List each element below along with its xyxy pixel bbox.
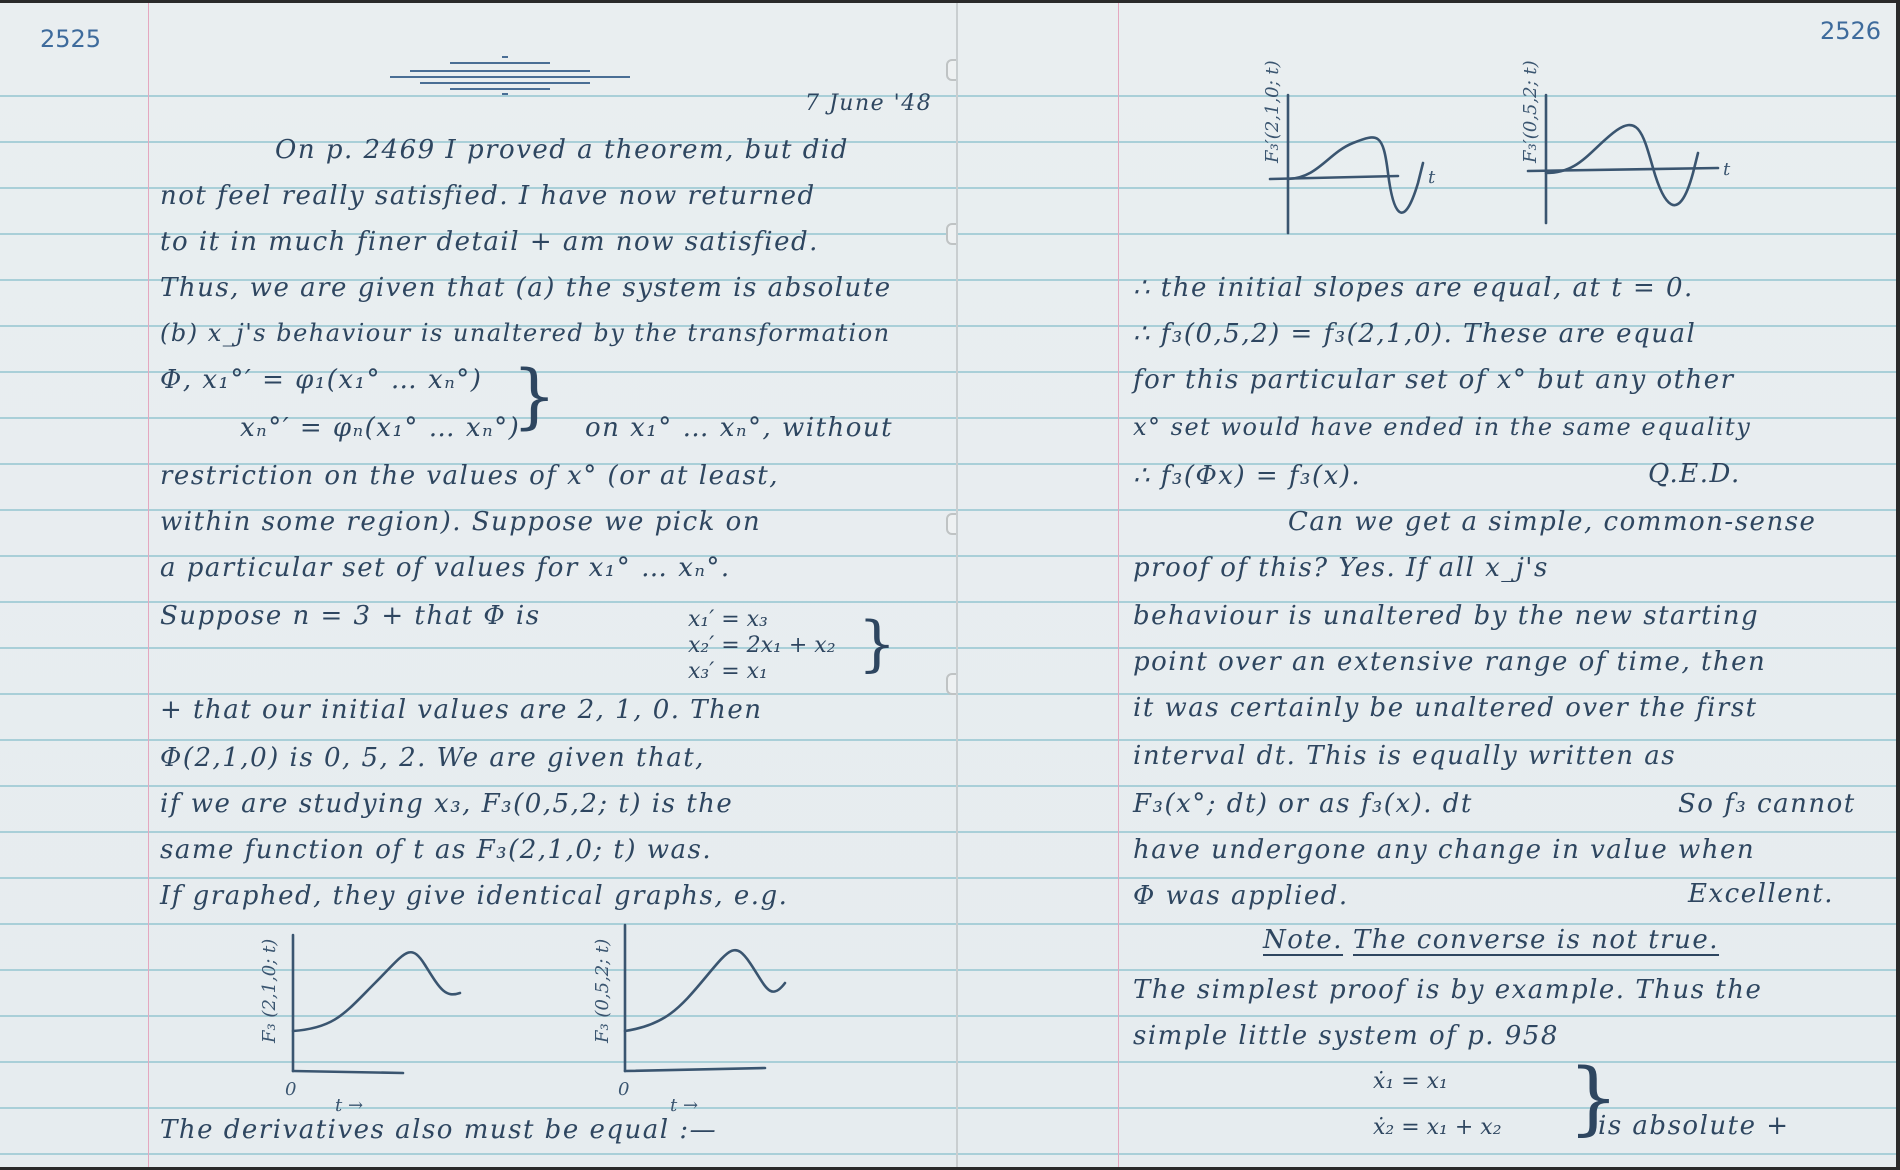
text-line: to it in much finer detail + am now sati… xyxy=(160,227,819,257)
right-page: 2526 t F₃′(2,1,0; t) t F₃′(0,5,2; t) ∴ t… xyxy=(958,3,1896,1167)
text-line: restriction on the values of x° (or at l… xyxy=(160,461,779,491)
text-line: + that our initial values are 2, 1, 0. T… xyxy=(160,695,763,725)
text-line: ∴ the initial slopes are equal, at t = 0… xyxy=(1133,273,1694,303)
text-line: a particular set of values for x₁° … xₙ°… xyxy=(160,553,731,583)
text-line: Φ(2,1,0) is 0, 5, 2. We are given that, xyxy=(160,743,705,773)
transformation-eq: x₂′ = 2x₁ + x₂ xyxy=(688,633,836,659)
binding-ring xyxy=(946,513,958,535)
text-line: Suppose n = 3 + that Φ is xyxy=(160,601,541,631)
brace: } xyxy=(858,609,896,679)
text-line: F₃(x°; dt) or as f₃(x). dt xyxy=(1133,789,1473,819)
text-line: for this particular set of x° but any ot… xyxy=(1133,365,1735,395)
text-line: it was certainly be unaltered over the f… xyxy=(1133,693,1758,723)
flourish-ornament xyxy=(390,55,630,95)
binding-ring xyxy=(946,59,958,81)
text-line: same function of t as F₃(2,1,0; t) was. xyxy=(160,835,712,865)
graph-f3-052: 0 t → F₃ (0,5,2; t) xyxy=(570,923,830,1083)
brace: } xyxy=(512,361,557,431)
text-line: x° set would have ended in the same equa… xyxy=(1133,413,1751,441)
text-line: (b) x_j's behaviour is unaltered by the … xyxy=(160,319,891,347)
transformation-eq: x₃′ = x₁ xyxy=(688,659,768,685)
text-line: If graphed, they give identical graphs, … xyxy=(160,881,788,911)
text-line: have undergone any change in value when xyxy=(1133,835,1755,865)
text-line: within some region). Suppose we pick on xyxy=(160,507,761,537)
note-text: The converse is not true. xyxy=(1353,925,1719,955)
entry-date: 7 June '48 xyxy=(805,91,932,116)
page-number: 2525 xyxy=(40,25,101,53)
graph-xlabel: t xyxy=(1723,159,1731,180)
text-line: ∴ f₃(Φx) = f₃(x). xyxy=(1133,461,1361,491)
graph-f3prime-052: t F₃′(0,5,2; t) xyxy=(1518,33,1818,243)
qed-label: Q.E.D. xyxy=(1648,459,1741,489)
transformation-eq: x₁′ = x₃ xyxy=(688,607,768,633)
graph-origin: 0 xyxy=(618,1079,629,1100)
text-line: The derivatives also must be equal :— xyxy=(160,1115,717,1145)
notebook-spread: 2525 7 June '48 On p. 2469 I proved a th… xyxy=(0,0,1900,1170)
margin-line xyxy=(148,3,149,1167)
graph-ylabel: F₃′(0,5,2; t) xyxy=(1520,60,1541,164)
text-line: On p. 2469 I proved a theorem, but did xyxy=(275,135,849,165)
text-line: Φ was applied. xyxy=(1133,881,1349,911)
system-eq: ẋ₁ = x₁ xyxy=(1373,1069,1448,1095)
binding-ring xyxy=(946,673,958,695)
text-line: simple little system of p. 958 xyxy=(1133,1021,1559,1051)
graph-xlabel: t → xyxy=(335,1095,363,1116)
graph-xlabel: t xyxy=(1428,167,1436,188)
text-line: Can we get a simple, common-sense xyxy=(1288,507,1816,537)
text-line: proof of this? Yes. If all x_j's xyxy=(1133,553,1549,583)
graph-ylabel: F₃ (2,1,0; t) xyxy=(259,939,280,1044)
text-line: if we are studying x₃, F₃(0,5,2; t) is t… xyxy=(160,789,733,819)
graph-ylabel: F₃′(2,1,0; t) xyxy=(1262,60,1283,164)
text-line: The simplest proof is by example. Thus t… xyxy=(1133,975,1762,1005)
text-line: not feel really satisfied. I have now re… xyxy=(160,181,816,211)
graph-xlabel: t → xyxy=(670,1095,698,1116)
graph-ylabel: F₃ (0,5,2; t) xyxy=(592,939,613,1044)
graph-f3prime-210: t F₃′(2,1,0; t) xyxy=(1258,33,1518,243)
text-line: point over an extensive range of time, t… xyxy=(1133,647,1766,677)
text-line: behaviour is unaltered by the new starti… xyxy=(1133,601,1759,631)
binding-ring xyxy=(946,223,958,245)
note-label: Note. xyxy=(1263,925,1343,955)
text-line: So f₃ cannot xyxy=(1678,789,1856,819)
text-line: ∴ f₃(0,5,2) = f₃(2,1,0). These are equal xyxy=(1133,319,1696,349)
graph-origin: 0 xyxy=(285,1079,296,1100)
text-line: is absolute + xyxy=(1598,1111,1790,1141)
text-line: interval dt. This is equally written as xyxy=(1133,741,1676,771)
system-eq: ẋ₂ = x₁ + x₂ xyxy=(1373,1115,1502,1141)
graph-f3-210: 0 t → F₃ (2,1,0; t) xyxy=(235,923,495,1083)
text-line: Thus, we are given that (a) the system i… xyxy=(160,273,892,303)
margin-line xyxy=(1118,3,1119,1167)
page-number: 2526 xyxy=(1820,17,1881,45)
excellent-label: Excellent. xyxy=(1688,879,1834,909)
equation-line: xₙ°′ = φₙ(x₁° … xₙ°) xyxy=(240,413,520,443)
left-page: 2525 7 June '48 On p. 2469 I proved a th… xyxy=(0,3,958,1167)
text-line: on x₁° … xₙ°, without xyxy=(585,413,893,443)
equation-line: Φ, x₁°′ = φ₁(x₁° … xₙ°) xyxy=(160,365,482,395)
